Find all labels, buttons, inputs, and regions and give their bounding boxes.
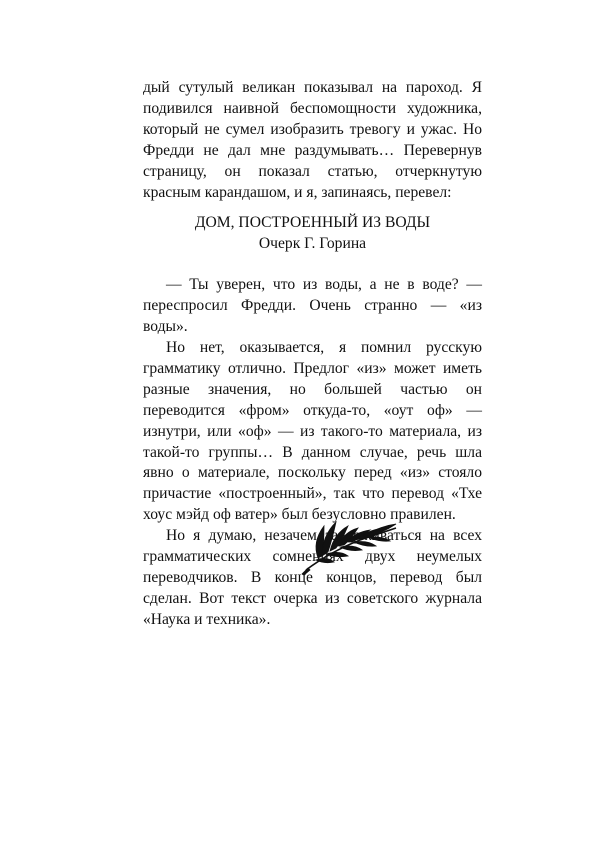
paragraph-2: Но нет, оказывается, я помнил русскую гр… <box>143 338 482 526</box>
article-heading: ДОМ, ПОСТРОЕННЫЙ ИЗ ВОДЫ Очерк Г. Горина <box>143 213 482 255</box>
article-title: ДОМ, ПОСТРОЕННЫЙ ИЗ ВОДЫ <box>143 213 482 234</box>
intro-paragraph: дый сутулый великан показывал на пароход… <box>143 78 482 203</box>
laurel-branch-icon <box>300 512 400 576</box>
article-subtitle: Очерк Г. Горина <box>143 234 482 255</box>
paragraph-1: — Ты уверен, что из воды, а не в воде? —… <box>143 275 482 338</box>
